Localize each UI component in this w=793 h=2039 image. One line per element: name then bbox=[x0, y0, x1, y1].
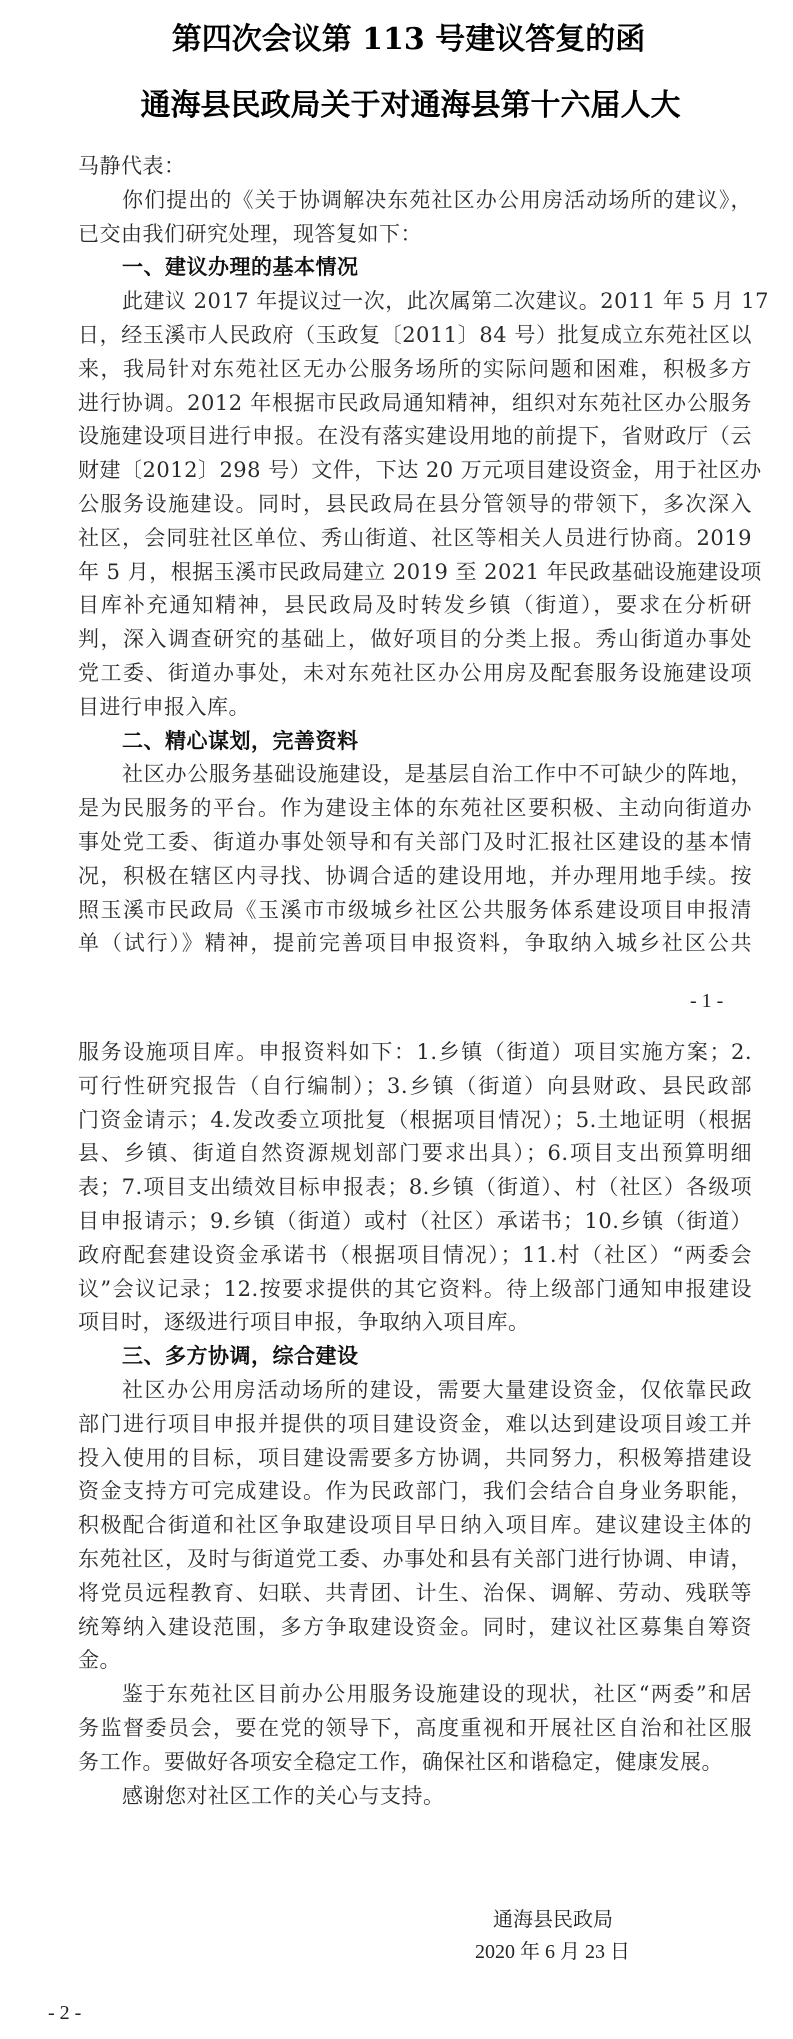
paragraph-line: 鉴于东苑社区目前办公用服务设施建设的现状，社区“两委”和居 bbox=[78, 1678, 752, 1712]
salutation: 马静代表： bbox=[78, 150, 752, 184]
paragraph-line: 表；7.项目支出绩效目标申报表；8.乡镇（街道）、村（社区）各级项 bbox=[78, 1171, 752, 1205]
signature-date: 2020 年 6 月 23 日 bbox=[475, 1935, 630, 1964]
signature-organization: 通海县民政局 bbox=[493, 1903, 613, 1932]
paragraph-line: 务监督委员会，要在党的领导下，高度重视和开展社区自治和社区服 bbox=[78, 1712, 752, 1746]
paragraph-line: 此建议 2017 年提议过一次，此次属第二次建议。2011 年 5 月 17 bbox=[78, 285, 752, 319]
page-1-body: 马静代表： 你们提出的《关于协调解决东苑社区办公用房活动场所的建议》， 已交由我… bbox=[78, 150, 752, 961]
page-2-body: 服务设施项目库。申报资料如下：1.乡镇（街道）项目实施方案；2. 可行性研究报告… bbox=[78, 1036, 752, 1813]
paragraph-line: 务工作。要做好各项安全稳定工作，确保社区和谐稳定，健康发展。 bbox=[78, 1746, 752, 1780]
paragraph-line: 照玉溪市民政局《玉溪市市级城乡社区公共服务体系建设项目申报清 bbox=[78, 894, 752, 928]
section-heading-2: 二、精心谋划，完善资料 bbox=[78, 725, 752, 759]
paragraph-line: 进行协调。2012 年根据市民政局通知精神，组织对东苑社区办公服务 bbox=[78, 387, 752, 421]
paragraph-line: 社区，会同驻社区单位、秀山街道、社区等相关人员进行协商。2019 bbox=[78, 522, 752, 556]
page-number-2: - 2 - bbox=[48, 2002, 81, 2025]
paragraph-line: 已交由我们研究处理，现答复如下： bbox=[78, 218, 752, 252]
paragraph-line: 事处党工委、街道办事处领导和有关部门及时汇报社区建设的基本情 bbox=[78, 826, 752, 860]
paragraph-line: 部门进行项目申报并提供的项目建设资金，难以达到建设项目竣工并 bbox=[78, 1408, 752, 1442]
paragraph-line: 设施建设项目进行申报。在没有落实建设用地的前提下，省财政厅（云 bbox=[78, 420, 752, 454]
paragraph-line: 日，经玉溪市人民政府（玉政复〔2011〕84 号）批复成立东苑社区以 bbox=[78, 319, 752, 353]
paragraph-line: 判，深入调查研究的基础上，做好项目的分类上报。秀山街道办事处 bbox=[78, 623, 752, 657]
paragraph-line: 服务设施项目库。申报资料如下：1.乡镇（街道）项目实施方案；2. bbox=[78, 1036, 752, 1070]
paragraph-line: 公服务设施建设。同时，县民政局在县分管领导的带领下，多次深入 bbox=[78, 488, 752, 522]
paragraph-line: 金。 bbox=[78, 1644, 752, 1678]
paragraph-line: 投入使用的目标，项目建设需要多方协调，共同努力，积极筹措建设 bbox=[78, 1442, 752, 1476]
paragraph-line: 可行性研究报告（自行编制）；3.乡镇（街道）向县财政、县民政部 bbox=[78, 1070, 752, 1104]
paragraph-line: 目库补充通知精神，县民政局及时转发乡镇（街道），要求在分析研 bbox=[78, 589, 752, 623]
paragraph-line: 政府配套建设资金承诺书（根据项目情况）；11.村（社区）“两委会 bbox=[78, 1239, 752, 1273]
paragraph-line: 东苑社区，及时与街道党工委、办事处和县有关部门进行协调、申请， bbox=[78, 1543, 752, 1577]
paragraph-line: 议”会议记录；12.按要求提供的其它资料。待上级部门通知申报建设 bbox=[78, 1273, 752, 1307]
paragraph-line: 你们提出的《关于协调解决东苑社区办公用房活动场所的建议》， bbox=[78, 184, 752, 218]
document-title-line-1: 第四次会议第 113 号建议答复的函 bbox=[12, 14, 793, 58]
paragraph-line: 是为民服务的平台。作为建设主体的东苑社区要积极、主动向街道办 bbox=[78, 792, 752, 826]
paragraph-line: 将党员远程教育、妇联、共青团、计生、治保、调解、劳动、残联等 bbox=[78, 1577, 752, 1611]
section-heading-1: 一、建议办理的基本情况 bbox=[78, 251, 752, 285]
closing-line: 感谢您对社区工作的关心与支持。 bbox=[78, 1780, 752, 1814]
paragraph-line: 县、乡镇、街道自然资源规划部门要求出具）；6.项目支出预算明细 bbox=[78, 1137, 752, 1171]
page-number-1: - 1 - bbox=[690, 990, 723, 1013]
paragraph-line: 年 5 月，根据玉溪市民政局建立 2019 至 2021 年民政基础设施建设项 bbox=[78, 556, 752, 590]
paragraph-line: 资金支持方可完成建设。作为民政部门，我们会结合自身业务职能， bbox=[78, 1475, 752, 1509]
paragraph-line: 党工委、街道办事处，未对东苑社区办公用房及配套服务设施建设项 bbox=[78, 657, 752, 691]
document-title-line-2: 通海县民政局关于对通海县第十六届人大 bbox=[14, 80, 793, 124]
paragraph-line: 况，积极在辖区内寻找、协调合适的建设用地，并办理用地手续。按 bbox=[78, 860, 752, 894]
paragraph-line: 项目时，逐级进行项目申报，争取纳入项目库。 bbox=[78, 1306, 752, 1340]
paragraph-line: 目进行申报入库。 bbox=[78, 691, 752, 725]
paragraph-line: 社区办公服务基础设施建设，是基层自治工作中不可缺少的阵地， bbox=[78, 758, 752, 792]
paragraph-line: 财建〔2012〕298 号）文件，下达 20 万元项目建设资金，用于社区办 bbox=[78, 454, 752, 488]
paragraph-line: 单（试行）》精神，提前完善项目申报资料，争取纳入城乡社区公共 bbox=[78, 927, 752, 961]
paragraph-line: 目申报请示；9.乡镇（街道）或村（社区）承诺书；10.乡镇（街道） bbox=[78, 1205, 752, 1239]
paragraph-line: 门资金请示；4.发改委立项批复（根据项目情况）；5.土地证明（根据 bbox=[78, 1104, 752, 1138]
paragraph-line: 积极配合街道和社区争取建设项目早日纳入项目库。建议建设主体的 bbox=[78, 1509, 752, 1543]
paragraph-line: 统筹纳入建设范围，多方争取建设资金。同时，建议社区募集自筹资 bbox=[78, 1611, 752, 1645]
paragraph-line: 来，我局针对东苑社区无办公服务场所的实际问题和困难，积极多方 bbox=[78, 353, 752, 387]
paragraph-line: 社区办公用房活动场所的建设，需要大量建设资金，仅依靠民政 bbox=[78, 1374, 752, 1408]
section-heading-3: 三、多方协调，综合建设 bbox=[78, 1340, 752, 1374]
